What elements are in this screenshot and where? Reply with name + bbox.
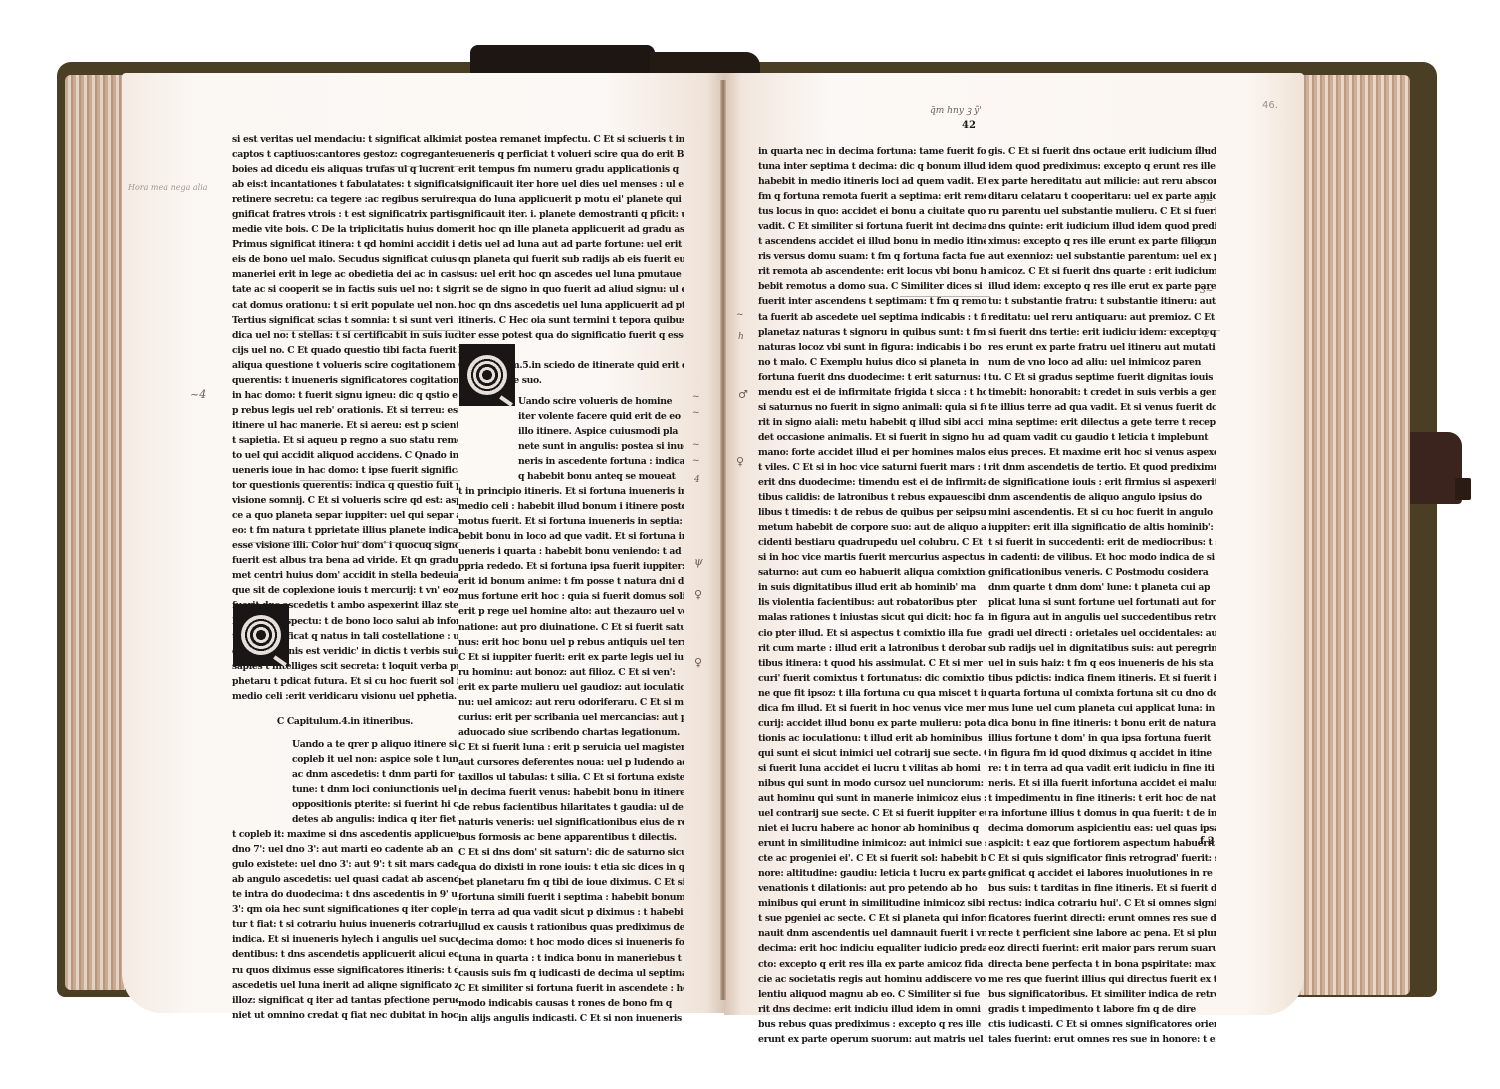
text-line: mendu est ei de infirmitate frigida t si… <box>758 385 986 400</box>
margin-mark: ~ <box>692 408 700 418</box>
text-line: curi' fuerit comixtus t fortunatus: dic … <box>758 671 986 686</box>
text-line: boies ad dicedu eis aliquas trufas ul q … <box>232 162 458 177</box>
text-line: indica. Et si inueneris hylech i angulis… <box>232 932 458 947</box>
text-line: te intra do duodecima: t dns ascedentis … <box>232 887 458 902</box>
text-line: qua do luna applicuerit p motu ei' plane… <box>458 192 684 207</box>
clasp-tip <box>1455 478 1471 500</box>
text-line: t sue pgeniei ac secte. C Et si planeta … <box>758 911 986 926</box>
text-column-b: t postea remanet impfectu. C Et si sciue… <box>458 132 684 1026</box>
text-line: rit dnm ascendetis de tertio. Et quod pr… <box>988 460 1216 475</box>
ms-underline <box>900 296 990 297</box>
text-line: venationis t dilationis: aut pro petendo… <box>758 881 986 896</box>
text-line: in quarta nec in decima fortuna: tame fu… <box>758 144 986 159</box>
text-line: si saturnus no fuerit in signo animali: … <box>758 400 986 415</box>
text-line: t viles. C Et si in hoc vice saturni fue… <box>758 460 986 475</box>
spine-headcap <box>470 45 655 75</box>
fore-edge-left <box>65 75 125 990</box>
text-line: ex parte hereditatu aut milicie: aut rer… <box>988 174 1216 189</box>
text-line: si fuerit luna accidet ei lucru t vilita… <box>758 761 986 776</box>
text-line: ueneris q perficiat t volueri scire qua … <box>458 147 684 162</box>
margin-mark: ~ <box>692 456 700 466</box>
text-line: ficatores fuerint directi: erunt omnes r… <box>988 911 1216 926</box>
margin-mark: ~ <box>736 310 744 320</box>
margin-note-top-left: Hora mea nega alia <box>128 183 208 192</box>
text-line: ru parentu uel substantie mulieru. C Et … <box>988 204 1216 219</box>
text-line: uel in suis haiz: t fm q eos inueneris d… <box>988 656 1216 671</box>
text-line: decima: erit hoc indiciu equaliter iudic… <box>758 941 986 956</box>
text-line: mano: forte accidet illud ei per homines… <box>758 445 986 460</box>
text-line: dnm quarte t dnm dom' lune: t planeta cu… <box>988 580 1216 595</box>
text-line: to uel qui accidit aliquod accidens. C Q… <box>232 448 458 463</box>
text-line: tu: t substantie fratru: t substantie it… <box>988 294 1216 309</box>
text-line: taxillos ul tabulas: t silia. C Et si fo… <box>458 770 684 785</box>
text-line: erunt ex parte operum suorum: aut matris… <box>758 1032 986 1047</box>
text-line: tus locus in quo: accidet ei bonu a ciui… <box>758 204 986 219</box>
text-line: significauit iter hore uel dies uel mens… <box>458 177 684 192</box>
text-line: ra infortune illius t domus in qua fueri… <box>988 806 1216 821</box>
text-line: plicat luna si sunt fortune uel fortunat… <box>988 595 1216 610</box>
text-line: bus rebus quas prediximus : excepto q re… <box>758 1017 986 1032</box>
text-line: mus lune uel cum planeta cui applicat lu… <box>988 701 1216 716</box>
text-line: bebit remotus a domo sua. C Similiter di… <box>758 279 986 294</box>
ms-underline <box>1130 330 1220 331</box>
text-line: bet planetaru fm q tibi de ioue diximus.… <box>458 875 684 890</box>
text-line: in cadenti: de vilibus. Et hoc modo indi… <box>988 550 1216 565</box>
text-line: ne que fit ipsoz: t illa fortuna cu qua … <box>758 686 986 701</box>
text-line: aut exennioz: uel substantie parentum: u… <box>988 249 1216 264</box>
text-line: eis de bono uel malo. Secudus significat… <box>232 252 458 267</box>
text-line: medio celi :erit veridicaru visionu uel … <box>232 689 458 704</box>
text-line: nibus qui sunt in modo cursoz uel nuncio… <box>758 776 986 791</box>
text-line: in decima fuerit venus: habebit bonu in … <box>458 785 684 800</box>
fore-edge-right <box>1290 75 1410 995</box>
text-line: ueneris ioue in hac domo: t ipse fuerit … <box>232 463 458 478</box>
text-line: fortuna simili fuerit i septima : habebi… <box>458 890 684 905</box>
text-line: illoz: significat q iter ad tantas pfect… <box>232 993 458 1008</box>
text-line: decima domorum aspicientiu eas: uel quas… <box>988 821 1216 836</box>
text-line: iter volente facere quid erit de eo i <box>458 409 684 424</box>
text-line: iter esse potest qua do significatio fue… <box>458 328 684 343</box>
text-line: p rebus legis uel reb' orationis. Et si … <box>232 403 458 418</box>
text-column-c: in quarta nec in decima fortuna: tame fu… <box>758 144 986 1062</box>
text-line: illo itinere. Aspice cuiusmodi pla <box>458 424 684 439</box>
text-line: bus significatoribus. Et similiter indic… <box>988 987 1216 1002</box>
text-line: si est veritas uel mendaciu: t significa… <box>232 132 458 147</box>
text-line: vadit. C Et similiter si fortuna fuerit … <box>758 219 986 234</box>
text-line: in terra ad qua vadit sicut p diximus : … <box>458 905 684 920</box>
text-line: rit remota ab ascendente: erit locus vbi… <box>758 264 986 279</box>
text-line: medie vite bois. C De la triplicitatis h… <box>232 222 458 237</box>
text-line: phetaru t pdicat futura. Et si cu hoc fu… <box>232 674 458 689</box>
text-line: tur t fiat: t si cotrariu huius inueneri… <box>232 917 458 932</box>
text-line: Uando a te qrer p aliquo itinere si <box>232 737 458 752</box>
text-line: bebit bonu in loco ad que vadit. Et si f… <box>458 529 684 544</box>
text-line: erit ex parte mulieru uel gaudioz: aut i… <box>458 680 684 695</box>
text-line: que sit de coplexione iouis t mercurij: … <box>232 583 458 598</box>
text-line: rit cum marte : illud erit a latronibus … <box>758 641 986 656</box>
venus-symbol-icon: ♀ <box>694 656 702 669</box>
text-line: aspicit: t eaz que fortiorem aspectum ha… <box>988 836 1216 851</box>
text-line: gnificationibus veneris. C Postmodu cosi… <box>988 565 1216 580</box>
text-line: planetaz naturas t signoru in quibus sun… <box>758 325 986 340</box>
text-line: aut hominu qui sunt in manerie inimicoz … <box>758 791 986 806</box>
text-line: C Et si iuppiter fuerit: erit ex parte l… <box>458 650 684 665</box>
ms-underline <box>280 330 460 331</box>
text-line: tate ac si cooperit se in factis suis ue… <box>232 282 458 297</box>
text-line: tales fuerint: erut omnes res sue in hon… <box>988 1032 1216 1047</box>
text-line <box>758 1047 986 1062</box>
ms-underline <box>370 166 460 167</box>
text-line: ab angulo ascedetis: uel quasi cadat ab … <box>232 872 458 887</box>
text-line: neris in ascedente fortuna : indica <box>458 454 684 469</box>
text-line: nore: altitudine: gaudiu: leticia t lucr… <box>758 866 986 881</box>
text-line: neris. Et si illa fuerit infortuna accid… <box>988 776 1216 791</box>
text-line: gis. C Et si fuerit dns octaue erit iudi… <box>988 144 1216 159</box>
text-line: t copleb it: maxime si dns ascedentis ap… <box>232 827 458 842</box>
text-line: oppositionis pterite: si fuerint hi ca <box>232 797 458 812</box>
text-line: modo indicabis causas t rones de bono fm… <box>458 996 684 1011</box>
text-line: metum habebit de corpore suo: aut de ali… <box>758 520 986 535</box>
text-line: cijs uel no. C Et quado questio tibi fac… <box>232 343 458 358</box>
text-line: idem quod prediximus: excepto q erunt re… <box>988 159 1216 174</box>
text-line: sub radijs uel in dignitatibus suis: aut… <box>988 641 1216 656</box>
text-line: ppria rededo. Et si fortuna ipsa fuerit … <box>458 559 684 574</box>
text-line: tibus calidis: de latronibus t rebus exp… <box>758 490 986 505</box>
text-line: dica bonu in fine itineris: t bonu erit … <box>988 716 1216 731</box>
text-line: te illius terre ad qua vadit. Et si venu… <box>988 400 1216 415</box>
text-line: illud idem: excepto q res ille erut ex p… <box>988 279 1216 294</box>
text-line: maneriei erit in lege ac obedietia dei a… <box>232 267 458 282</box>
text-line: cie ac societatis regis aut hominu addis… <box>758 972 986 987</box>
text-line: visione somnij. C Et si volueris scire q… <box>232 493 458 508</box>
text-line: ximus: excepto q res ille erunt ex parte… <box>988 234 1216 249</box>
ms-underline <box>250 542 460 543</box>
text-line: aut cursores deferentes noua: uel p lude… <box>458 755 684 770</box>
text-line: niet ei lucru habere ac honor ab hominib… <box>758 821 986 836</box>
text-line: curius: erit per scribania uel mercancia… <box>458 710 684 725</box>
text-line: gnificauit iter. i. planete demostranti … <box>458 207 684 222</box>
text-line: illius fortune t dom' in qua ipsa fortun… <box>988 731 1216 746</box>
gutter <box>720 80 726 1000</box>
text-line: in figura aut in angulis uel succedentib… <box>988 610 1216 625</box>
text-line: mina septime: erit dilectus a gete terre… <box>988 415 1216 430</box>
text-line: ac dnm ascedetis: t dnm parti for <box>232 767 458 782</box>
chapter-heading: C Capitulum.4.in itineribus. <box>232 714 458 729</box>
text-line: aduocado siue scribendo chartas legation… <box>458 725 684 740</box>
text-line: naturis veneris: uel significationibus e… <box>458 815 684 830</box>
text-line: uel contrarij sue secte. C Et si fuerit … <box>758 806 986 821</box>
text-line: dns quinte: erit iudicium illud idem quo… <box>988 219 1216 234</box>
woodcut-initial-q: Q <box>233 604 289 666</box>
text-line: Tertius significat scias t somnia: t si … <box>232 313 458 328</box>
margin-mark: ~ <box>692 392 700 402</box>
text-line: de rebus facientibus hilaritates t gaudi… <box>458 800 684 815</box>
text-line: C Et si quis significator finis retrogra… <box>988 851 1216 866</box>
jupiter-symbol-icon: ψ <box>694 555 703 568</box>
text-line: qua do dixisti in rone iouis: t etia sic… <box>458 860 684 875</box>
text-line: fortuna fuerit dns duodecime: t erit sat… <box>758 370 986 385</box>
text-line: quarta fortuna ul comixta fortuna sit cu… <box>988 686 1216 701</box>
text-line: rit in signo aiali: metu habebit q illud… <box>758 415 986 430</box>
text-line: re: t in terra ad qua vadit erit iudiciu… <box>988 761 1216 776</box>
book-photograph: Hora mea nega alia ~4 ~ ~ ~ ~ 4 ψ ♀ ♀ ~ … <box>0 0 1500 1089</box>
margin-mark-left: ~4 <box>190 388 206 401</box>
text-line: cio pter illud. Et si aspectus t comixti… <box>758 626 986 641</box>
text-line: captos t captiuos:cantores gestoz: cogre… <box>232 147 458 162</box>
pencil-foliation: 46. <box>1262 100 1278 111</box>
text-line: timebit: honorabit: t credet in suis ver… <box>988 385 1216 400</box>
text-line: ad quam vadit cu gaudio t leticia t impl… <box>988 430 1216 445</box>
text-line: rectus: indica cotrariu hui'. C Et si om… <box>988 896 1216 911</box>
text-line: in figura fm id quod diximus q accidet i… <box>988 746 1216 761</box>
text-line: t ascendens accidet ei illud bonu in med… <box>758 234 986 249</box>
text-line: gnificat q accidet ei labores inuolution… <box>988 866 1216 881</box>
text-line: detes ab angulis: indica q iter fiet <box>232 812 458 827</box>
text-line: rit se de signo in quo fuerit ad aliud s… <box>458 282 684 297</box>
text-line: saturno: aut cum eo habuerit aliqua comi… <box>758 565 986 580</box>
text-line: querentis: t inueneris significatores co… <box>232 373 458 388</box>
text-line: itineris. C Hec oia sunt termini t tepor… <box>458 313 684 328</box>
text-line: Primus significat itinera: t qd homini a… <box>232 237 458 252</box>
text-line: ru quos diximus esse significatores itin… <box>232 963 458 978</box>
text-line: causis suis fm q iudicasti de decima ul … <box>458 966 684 981</box>
text-line: cat domus orationu: t si erit populate u… <box>232 298 458 313</box>
text-line: bus formosis ac bene apparentibus t dile… <box>458 830 684 845</box>
text-line: det occasione animalis. Et si fuerit in … <box>758 430 986 445</box>
text-line: erit hoc qn ille planeta applicuerit ad … <box>458 222 684 237</box>
text-line: si fuerit dns tertie: erit iudiciu idem:… <box>988 325 1216 340</box>
text-line: nu: uel amicoz: aut reru odoriferaru. C … <box>458 695 684 710</box>
text-line: cto: excepto q erit res illa ex parte am… <box>758 957 986 972</box>
text-line: gnificat fratres vtrois : t est signific… <box>232 207 458 222</box>
folio-number: 42 <box>962 120 976 131</box>
text-line <box>988 1047 1216 1062</box>
text-line: naturas locoz vbi sunt in figura: indica… <box>758 340 986 355</box>
text-line: erit dns duodecime: timendu est ei de in… <box>758 475 986 490</box>
text-line: libus t timedis: t de rebus de quibus pe… <box>758 505 986 520</box>
text-line: ab eis:t incantationes t fabulatates: t … <box>232 177 458 192</box>
text-line: reditatu: uel reru antiquaru: aut premio… <box>988 310 1216 325</box>
text-line: erit p rege uel homine alto: aut thezaur… <box>458 604 684 619</box>
text-line: hoc qn dns ascedetis uel luna applicueri… <box>458 298 684 313</box>
text-line: C Et similiter si fortuna fuerit in asce… <box>458 981 684 996</box>
text-line: tibus pdictis: indica finem itineris. Et… <box>988 671 1216 686</box>
text-line: in hac domo: t fuerit signu igneu: dic q… <box>232 388 458 403</box>
text-line: lentiu aliquod magnu ab eo. C Similiter … <box>758 987 986 1002</box>
text-line: decima domo: t hoc modo dices si inuener… <box>458 935 684 950</box>
text-line: num de vno loco ad aliu: uel inimicoz pa… <box>988 355 1216 370</box>
text-line: tionis ac ioculationu: t illud erit ab h… <box>758 731 986 746</box>
text-line: erit id bonum anime: t fm posse t natura… <box>458 574 684 589</box>
text-line: dnm ascendentis de aliquo angulo ipsius … <box>988 490 1216 505</box>
text-line: ce a quo planeta separ iuppiter: uel qui… <box>232 508 458 523</box>
text-line: recte t perficient sine labore ac pena. … <box>988 926 1216 941</box>
text-line: de significatione iouis : erit firmius s… <box>988 475 1216 490</box>
text-line: ascedetis uel luna inerit ad aliqne sign… <box>232 978 458 993</box>
text-line: erit tempus fm numeru gradu applicationi… <box>458 162 684 177</box>
text-line: aliqua questione t volueris scire cogita… <box>232 358 458 373</box>
text-line: mus fortune erit hoc : quia si fuerit do… <box>458 589 684 604</box>
text-line: erunt in similitudine inimicoz: aut inim… <box>758 836 986 851</box>
text-line: sus: uel erit hoc qn ascedes uel luna pm… <box>458 267 684 282</box>
text-line: amicoz. C Et si fuerit dns quarte : erit… <box>988 264 1216 279</box>
text-line: iuppiter: erit illa significatio de alti… <box>988 520 1216 535</box>
text-line: habebit in medio itineris loci ad quem v… <box>758 174 986 189</box>
text-line: malas rationes t iniustas sicut qui dici… <box>758 610 986 625</box>
margin-mark: h <box>738 332 744 342</box>
text-line: qui sunt ei sicut inimici uel cotrarij s… <box>758 746 986 761</box>
text-line: copleb it uel non: aspice sole t luna <box>232 752 458 767</box>
text-column-a: si est veritas uel mendaciu: t significa… <box>232 132 458 1023</box>
text-line: itinere ul hac manerie. Et si aereu: est… <box>232 418 458 433</box>
text-line: rit dns decime: erit indiciu illud idem … <box>758 1002 986 1017</box>
text-line: gradis t impedimento t labore fm q de di… <box>988 1002 1216 1017</box>
text-line: t in principio itineris. Et si fortuna i… <box>458 484 684 499</box>
text-line: met centri huius dom' accidit in stella … <box>232 568 458 583</box>
text-line: illud ex causis t rationibus quas predix… <box>458 920 684 935</box>
text-line: qn planeta qui fuerit sub radijs ab eis … <box>458 252 684 267</box>
text-line: cidenti bestiaru quadrupedu uel colubru.… <box>758 535 986 550</box>
text-line: t si fuerit in succedenti: erit de medio… <box>988 535 1216 550</box>
text-line: ctis iudicasti. C Et si omnes significat… <box>988 1017 1216 1032</box>
text-line: gradi uel directi : orietales uel occide… <box>988 626 1216 641</box>
text-line: t postea remanet impfectu. C Et si sciue… <box>458 132 684 147</box>
text-line: me res que fuerint illius qui directus f… <box>988 972 1216 987</box>
text-line: minibus qui erunt in similitudine inimic… <box>758 896 986 911</box>
margin-mark: 4 <box>694 475 700 485</box>
venus-symbol-icon: ♀ <box>736 455 744 468</box>
text-line: no t malo. C Exemplu huius dico si plane… <box>758 355 986 370</box>
manuscript-header: q̄m hny ꝫ ỹ' <box>930 103 982 116</box>
text-line: tuna in quarta : t indica bonu in maneri… <box>458 951 684 966</box>
text-line: eius preces. Et maxime erit hoc si venus… <box>988 445 1216 460</box>
text-line: si in hoc vice martis fuerit mercurius a… <box>758 550 986 565</box>
text-line: fuerit est albus tra bena ad viride. Et … <box>232 553 458 568</box>
text-line: nauit dnm ascendentis uel damnauit fueri… <box>758 926 986 941</box>
text-line: ueneris i quarta : habebit bonu veniendo… <box>458 544 684 559</box>
text-line: tu. C Et si gradus septime fuerit dignit… <box>988 370 1216 385</box>
text-line: lis violentia facientibus: aut robatorib… <box>758 595 986 610</box>
text-line: dno 7': uel dno 3': aut marti eo cadente… <box>232 842 458 857</box>
text-line: eoz directi fuerint: erit maior pars rer… <box>988 941 1216 956</box>
text-line: curij: accidet illud bonu ex parte mulie… <box>758 716 986 731</box>
text-line: directa bene perfecta t in bona pspirita… <box>988 957 1216 972</box>
text-line: gulo existete: uel dno 3': aut 9': t sit… <box>232 857 458 872</box>
text-line: eo: t fm natura t pprietate illius plane… <box>232 523 458 538</box>
text-line: dica fm illud. Et si fuerit in hoc venus… <box>758 701 986 716</box>
text-line: esse visione illi. Color hui' dom' i quo… <box>232 538 458 553</box>
text-line: ta fuerit ab ascedete uel septima indica… <box>758 310 986 325</box>
text-line: motus fuerit. Et si fortuna inueneris in… <box>458 514 684 529</box>
text-line: tune: t dnm loci coniunctionis uel <box>232 782 458 797</box>
text-line: fm q fortuna remota fuerit a septima: er… <box>758 189 986 204</box>
text-line: tuna inter septima t decima: dic q bonum… <box>758 159 986 174</box>
text-line: q habebit bonu anteq se moueat <box>458 469 684 484</box>
text-line: medio celi : habebit illud bonum i itine… <box>458 499 684 514</box>
text-line: cte ac progeniei ei'. C Et si fuerit sol… <box>758 851 986 866</box>
text-line: 3': qm oia hec sunt significationes q it… <box>232 902 458 917</box>
text-line: t impedimentu in fine itineris: t erit h… <box>988 791 1216 806</box>
text-column-d: gis. C Et si fuerit dns octaue erit iudi… <box>988 144 1216 1062</box>
text-line: in suis dignitatibus illud erit ab homin… <box>758 580 986 595</box>
margin-mark: ~ <box>692 440 700 450</box>
text-line: C Et si fuerit luna : erit p seruicia ue… <box>458 740 684 755</box>
mars-symbol-icon: ♂ <box>738 388 748 401</box>
text-line: nus: erit hoc bonu uel p rebus antiquis … <box>458 635 684 650</box>
text-line: C Et si dns dom' sit saturn': dic de sat… <box>458 845 684 860</box>
text-line: res erunt ex parte fratru uel itineru au… <box>988 340 1216 355</box>
text-line: natione: aut pro diuinatione. C Et si fu… <box>458 620 684 635</box>
text-line: bus suis: t tarditas in fine itineris. E… <box>988 881 1216 896</box>
venus-symbol-icon: ♀ <box>694 588 702 601</box>
text-line: detis uel ad luna aut ad parte fortune: … <box>458 237 684 252</box>
text-line: in alijs angulis indicasti. C Et si non … <box>458 1011 684 1026</box>
text-line: nete sunt in angulis: postea si inue <box>458 439 684 454</box>
text-line: niet ut omnino credat q fiat nec dubitat… <box>232 1008 458 1023</box>
text-line: t sapietia. Et si aqueu p regno a suo st… <box>232 433 458 448</box>
text-line: dentibus: t dns ascendetis applicuerit a… <box>232 947 458 962</box>
woodcut-initial-q: Q <box>459 344 515 406</box>
ms-underline <box>300 480 460 481</box>
text-line: retinere secretu: ca tegere :ac regibus … <box>232 192 458 207</box>
text-line: tibus itinera: t quod his assimulat. C E… <box>758 656 986 671</box>
text-line: mini ascendentis. Et si cu hoc fuerit in… <box>988 505 1216 520</box>
text-line: ru hominu: aut bonoz: aut filioz. C Et s… <box>458 665 684 680</box>
text-line: ditaru celataru t cooperitaru: uel ex pa… <box>988 189 1216 204</box>
text-line: ris versus domu suam: t fm q fortuna fac… <box>758 249 986 264</box>
